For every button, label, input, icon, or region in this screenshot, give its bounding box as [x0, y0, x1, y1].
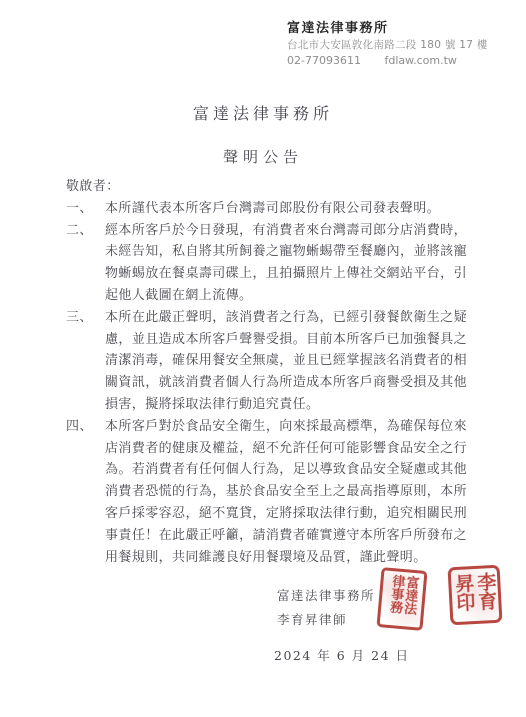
document-body: 敬啟者： 一、 本所謹代表本所客戶台灣壽司郎股份有限公司發表聲明。 二、 經本所…	[66, 176, 467, 568]
clause-4: 四、 本所客戶對於食品安全衛生，向來採最高標準，為確保每位來店消費者的健康及權益…	[66, 416, 467, 569]
signature-firm-name: 富達法律事務所	[277, 584, 375, 608]
letterhead-contact: 02-77093611 fdlaw.com.tw	[287, 54, 488, 68]
lawyer-seal-stamp-icon: 李育昇印	[448, 565, 503, 626]
clause-2-text: 經本所客戶於今日發現，有消費者來台灣壽司郎分店消費時，未經告知，私自將其所飼養之…	[105, 220, 467, 307]
signature-lawyer-name: 李育昇律師	[277, 608, 375, 632]
clause-2-number: 二、	[66, 220, 105, 307]
clause-3-text: 本所在此嚴正聲明，該消費者之行為，已經引發餐飲衛生之疑慮，並且造成本所客戶聲譽受…	[105, 307, 467, 416]
clause-1: 一、 本所謹代表本所客戶台灣壽司郎股份有限公司發表聲明。	[66, 198, 467, 220]
letterhead: 富達法律事務所 台北市大安區敦化南路二段 180 號 17 樓 02-77093…	[287, 21, 488, 68]
letterhead-firm-name: 富達法律事務所	[287, 21, 488, 37]
clause-4-text: 本所客戶對於食品安全衛生，向來採最高標準，為確保每位來店消費者的健康及權益，絕不…	[105, 416, 467, 569]
document-title: 富達法律事務所	[0, 101, 526, 124]
letterhead-phone: 02-77093611	[287, 54, 361, 67]
clause-3-number: 三、	[66, 307, 105, 416]
firm-seal-text: 富達法律事務	[386, 574, 418, 624]
clause-3: 三、 本所在此嚴正聲明，該消費者之行為，已經引發餐飲衛生之疑慮，並且造成本所客戶…	[66, 307, 467, 416]
salutation: 敬啟者：	[66, 176, 467, 198]
lawyer-seal-text: 李育昇印	[452, 572, 498, 618]
clause-1-text: 本所謹代表本所客戶台灣壽司郎股份有限公司發表聲明。	[105, 198, 467, 220]
signature-block: 富達法律事務所 李育昇律師	[277, 584, 375, 632]
letterhead-website: fdlaw.com.tw	[384, 54, 456, 67]
document-subtitle: 聲明公告	[0, 146, 526, 167]
statement-document-page: 富達法律事務所 台北市大安區敦化南路二段 180 號 17 樓 02-77093…	[0, 0, 526, 717]
clause-4-number: 四、	[66, 416, 105, 569]
clause-2: 二、 經本所客戶於今日發現，有消費者來台灣壽司郎分店消費時，未經告知，私自將其所…	[66, 220, 467, 307]
letterhead-address: 台北市大安區敦化南路二段 180 號 17 樓	[287, 39, 488, 52]
document-date: 2024 年 6 月 24 日	[274, 646, 410, 664]
firm-seal-stamp-icon: 富達法律事務	[376, 567, 427, 631]
clause-1-number: 一、	[66, 198, 105, 220]
